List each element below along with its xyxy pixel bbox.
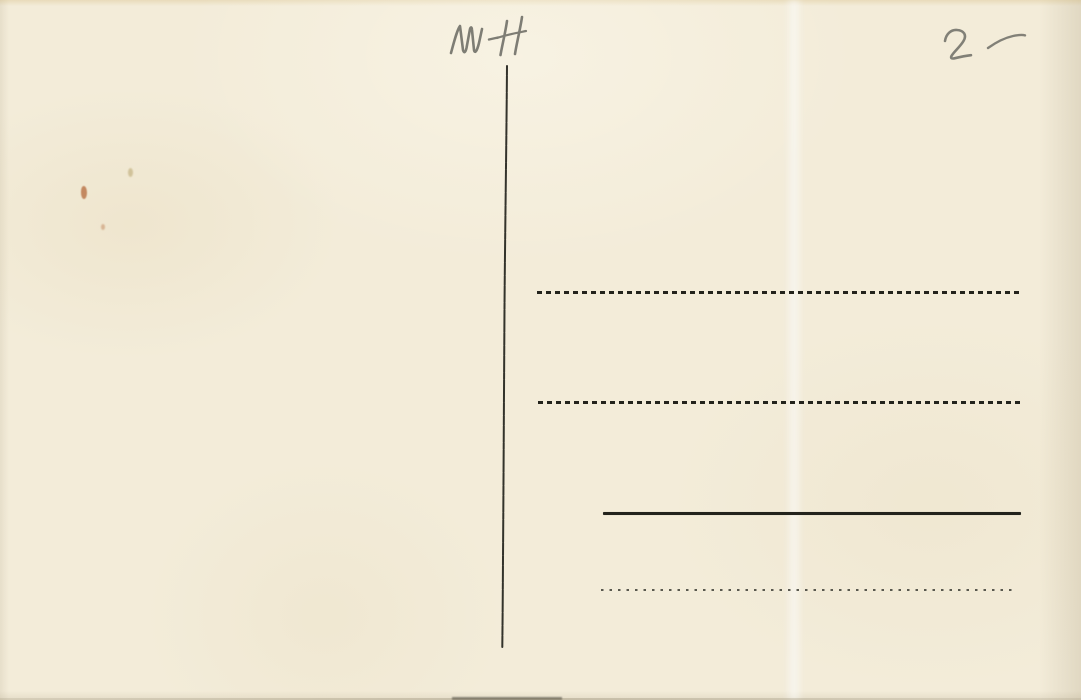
address-line-2	[538, 401, 1023, 404]
paper-light-streak	[784, 0, 804, 700]
handwriting-layer	[0, 0, 1081, 700]
foxing-stain	[81, 186, 87, 199]
foxing-stain-small	[101, 224, 105, 230]
address-line-4	[601, 589, 1014, 591]
paper-blemish	[128, 168, 133, 177]
handwriting-top-center	[451, 17, 526, 55]
handwriting-top-right-text: 2	[0, 0, 1, 1]
handwriting-top-right	[945, 30, 1025, 59]
address-line-1	[537, 291, 1023, 294]
postcard-back: N-H 2	[0, 0, 1081, 700]
address-line-3	[603, 512, 1021, 515]
handwriting-top-center-text: N-H	[0, 0, 1, 1]
divider-line	[492, 58, 516, 658]
